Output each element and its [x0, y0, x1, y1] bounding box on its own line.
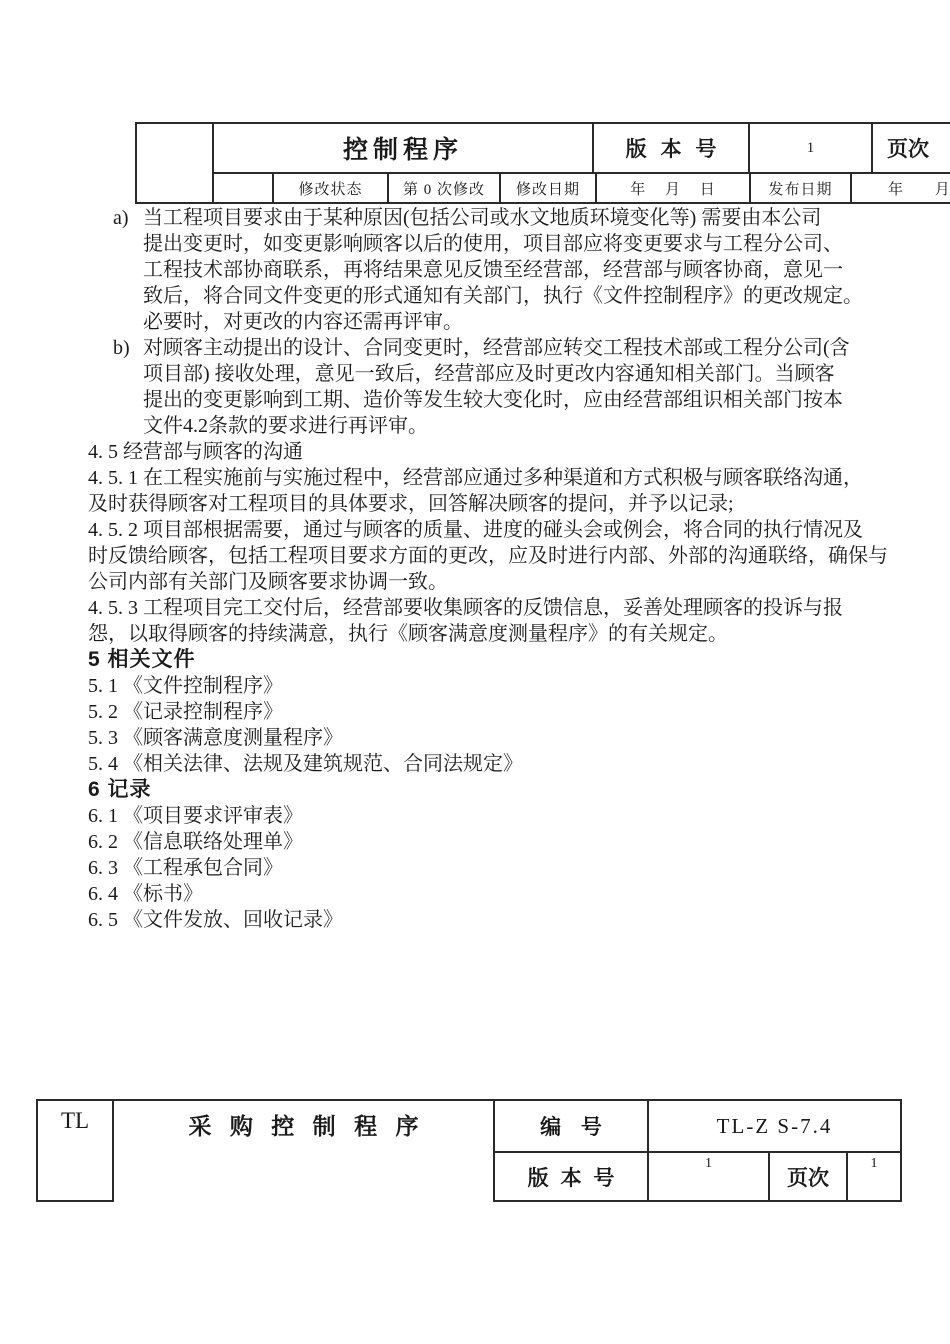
text-lines: 5. 2 《记录控制程序》: [88, 701, 283, 723]
revision-empty-cell: [214, 174, 274, 202]
header-table-row-1: 控制程序 版 本 号 1 页次: [214, 124, 950, 174]
header-table-empty-cell: [137, 124, 214, 202]
body-paragraph: 6. 4 《标书》: [88, 881, 950, 907]
text-lines: 6 记录: [88, 778, 152, 801]
body-paragraph: 6. 3 《工程承包合同》: [88, 855, 950, 881]
text-lines: 对顾客主动提出的设计、合同变更时，经营部应转交工程技术部或工程分公司(含 项目部…: [143, 337, 850, 437]
text-lines: 6. 2 《信息联络处理单》: [88, 831, 303, 853]
list-item: a)当工程项目要求由于某种原因(包括公司或水文地质环境变化等) 需要由本公司 提…: [113, 205, 950, 335]
body-paragraph: 6. 5 《文件发放、回收记录》: [88, 907, 950, 933]
footer-page-label: 页次: [770, 1153, 848, 1200]
body-paragraph: 5. 3 《顾客满意度测量程序》: [88, 725, 950, 751]
body-paragraph: 4. 5. 1 在工程实施前与实施过程中，经营部应通过多种渠道和方式积极与顾客联…: [88, 465, 950, 517]
section-heading: 6 记录: [88, 777, 950, 803]
text-lines: 5 相关文件: [88, 648, 196, 671]
body-paragraph: 6. 2 《信息联络处理单》: [88, 829, 950, 855]
list-item: b)对顾客主动提出的设计、合同变更时，经营部应转交工程技术部或工程分公司(含 项…: [113, 335, 950, 439]
issue-date-label: 发布日期: [751, 174, 852, 202]
text-lines: 当工程项目要求由于某种原因(包括公司或水文地质环境变化等) 需要由本公司 提出变…: [143, 207, 863, 333]
code-label: 编 号: [495, 1101, 649, 1151]
header-table: 控制程序 版 本 号 1 页次 修改状态 第 0 次修改 修改日期 年 月 日 …: [135, 122, 950, 204]
footer-page-value: 1: [848, 1153, 900, 1200]
list-item-marker: a): [113, 205, 129, 231]
revision-date-label: 修改日期: [501, 174, 597, 202]
footer-table: TL 采 购 控 制 程 序 编 号 TL-Z S-7.4 版 本 号 1 页次…: [36, 1099, 902, 1202]
text-lines: 4. 5. 1 在工程实施前与实施过程中，经营部应通过多种渠道和方式积极与顾客联…: [88, 467, 863, 515]
body-paragraph: 5. 1 《文件控制程序》: [88, 673, 950, 699]
footer-version-label: 版 本 号: [495, 1153, 649, 1200]
text-lines: 6. 4 《标书》: [88, 883, 203, 905]
page-label: 页次: [873, 124, 950, 172]
company-logo: TL: [36, 1099, 114, 1202]
body-paragraph: 6. 1 《项目要求评审表》: [88, 803, 950, 829]
footer-version-value: 1: [649, 1153, 770, 1200]
revision-date-value: 年 月 日: [597, 174, 751, 202]
doc-title: 控制程序: [214, 124, 594, 172]
body-paragraph: 5. 2 《记录控制程序》: [88, 699, 950, 725]
text-lines: 5. 1 《文件控制程序》: [88, 675, 283, 697]
text-lines: 6. 3 《工程承包合同》: [88, 857, 283, 879]
footer-doc-title: 采 购 控 制 程 序: [114, 1099, 493, 1202]
document-page: 控制程序 版 本 号 1 页次 修改状态 第 0 次修改 修改日期 年 月 日 …: [0, 0, 950, 1344]
text-lines: 4. 5 经营部与顾客的沟通: [88, 441, 303, 463]
text-lines: 6. 1 《项目要求评审表》: [88, 805, 303, 827]
text-lines: 4. 5. 2 项目部根据需要，通过与顾客的质量、进度的碰头会或例会，将合同的执…: [88, 519, 888, 593]
header-table-main: 控制程序 版 本 号 1 页次 修改状态 第 0 次修改 修改日期 年 月 日 …: [214, 124, 950, 202]
text-lines: 4. 5. 3 工程项目完工交付后，经营部要收集顾客的反馈信息，妥善处理顾客的投…: [88, 597, 843, 645]
version-value: 1: [750, 124, 873, 172]
body-paragraph: 4. 5 经营部与顾客的沟通: [88, 439, 950, 465]
footer-row-1: 编 号 TL-Z S-7.4: [495, 1101, 900, 1153]
text-lines: 5. 4 《相关法律、法规及建筑规范、合同法规定》: [88, 753, 523, 775]
code-value: TL-Z S-7.4: [649, 1101, 900, 1151]
list-item-marker: b): [113, 335, 130, 361]
issue-date-value: 年 月: [852, 174, 950, 202]
revision-state-label: 修改状态: [274, 174, 389, 202]
text-lines: 6. 5 《文件发放、回收记录》: [88, 909, 343, 931]
text-lines: 5. 3 《顾客满意度测量程序》: [88, 727, 343, 749]
body-paragraph: 4. 5. 3 工程项目完工交付后，经营部要收集顾客的反馈信息，妥善处理顾客的投…: [88, 595, 950, 647]
version-label: 版 本 号: [594, 124, 750, 172]
body-paragraph: 4. 5. 2 项目部根据需要，通过与顾客的质量、进度的碰头会或例会，将合同的执…: [88, 517, 950, 595]
revision-state-value: 第 0 次修改: [389, 174, 501, 202]
document-body: a)当工程项目要求由于某种原因(包括公司或水文地质环境变化等) 需要由本公司 提…: [0, 205, 950, 933]
header-table-row-2: 修改状态 第 0 次修改 修改日期 年 月 日 发布日期 年 月: [214, 174, 950, 202]
body-paragraph: 5. 4 《相关法律、法规及建筑规范、合同法规定》: [88, 751, 950, 777]
section-heading: 5 相关文件: [88, 647, 950, 673]
footer-table-right: 编 号 TL-Z S-7.4 版 本 号 1 页次 1: [493, 1099, 902, 1202]
footer-row-2: 版 本 号 1 页次 1: [495, 1153, 900, 1200]
